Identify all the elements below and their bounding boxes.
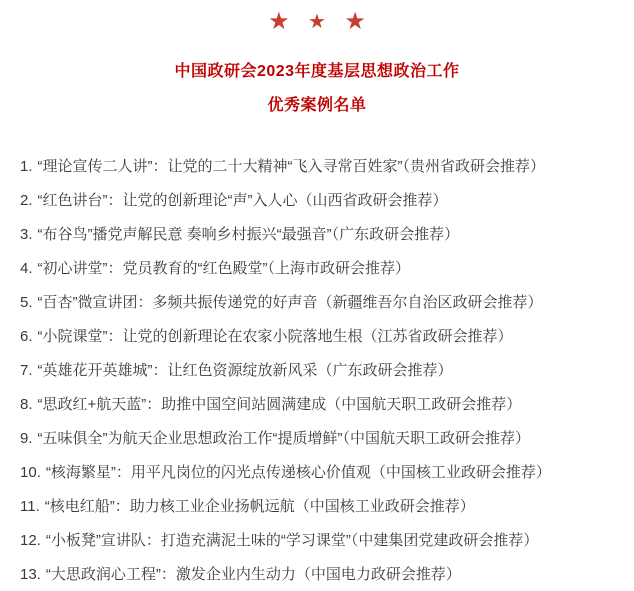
item-number: 13. xyxy=(20,565,41,584)
list-item: 5.“百杏”微宣讲团：多频共振传递党的好声音（新疆维吾尔自治区政研会推荐） xyxy=(20,293,624,312)
list-item: 9.“五味俱全”为航天企业思想政治工作“提质增鲜”（中国航天职工政研会推荐） xyxy=(20,429,624,448)
item-text: “布谷鸟”播党声解民意 奏响乡村振兴“最强音”（广东政研会推荐） xyxy=(38,226,460,243)
item-text: “核海繁星”：用平凡岗位的闪光点传递核心价值观（中国核工业政研会推荐） xyxy=(46,464,551,481)
item-number: 3. xyxy=(20,225,33,244)
item-number: 6. xyxy=(20,327,33,346)
item-text: “五味俱全”为航天企业思想政治工作“提质增鲜”（中国航天职工政研会推荐） xyxy=(38,430,530,447)
list-item: 8.“思政红+航天蓝”：助推中国空间站圆满建成（中国航天职工政研会推荐） xyxy=(20,395,624,414)
list-item: 10.“核海繁星”：用平凡岗位的闪光点传递核心价值观（中国核工业政研会推荐） xyxy=(20,463,624,482)
item-number: 2. xyxy=(20,191,33,210)
item-number: 8. xyxy=(20,395,33,414)
item-text: “初心讲堂”：党员教育的“红色殿堂”（上海市政研会推荐） xyxy=(38,260,410,277)
item-number: 11. xyxy=(20,497,40,516)
list-item: 2.“红色讲台”：让党的创新理论“声”入人心（山西省政研会推荐） xyxy=(20,191,624,210)
list-item: 13.“大思政润心工程”：激发企业内生动力（中国电力政研会推荐） xyxy=(20,565,624,584)
list-item: 11.“核电红船”：助力核工业企业扬帆远航（中国核工业政研会推荐） xyxy=(20,497,624,516)
case-list: 1.“理论宣传二人讲”：让党的二十大精神“飞入寻常百姓家”（贵州省政研会推荐） … xyxy=(0,157,634,584)
list-item: 6.“小院课堂”：让党的创新理论在农家小院落地生根（江苏省政研会推荐） xyxy=(20,327,624,346)
list-item: 1.“理论宣传二人讲”：让党的二十大精神“飞入寻常百姓家”（贵州省政研会推荐） xyxy=(20,157,624,176)
item-text: “大思政润心工程”：激发企业内生动力（中国电力政研会推荐） xyxy=(46,566,461,583)
item-text: “红色讲台”：让党的创新理论“声”入人心（山西省政研会推荐） xyxy=(38,192,448,209)
item-number: 1. xyxy=(20,157,33,176)
list-item: 4.“初心讲堂”：党员教育的“红色殿堂”（上海市政研会推荐） xyxy=(20,259,624,278)
page-title-line-2: 优秀案例名单 xyxy=(0,96,634,116)
item-number: 10. xyxy=(20,463,41,482)
item-text: “百杏”微宣讲团：多频共振传递党的好声音（新疆维吾尔自治区政研会推荐） xyxy=(38,294,543,311)
list-item: 7.“英雄花开英雄城”：让红色资源绽放新风采（广东政研会推荐） xyxy=(20,361,624,380)
star-icon: ★ xyxy=(308,9,326,35)
decorative-stars-row: ★ ★ ★ xyxy=(0,0,634,35)
list-item: 3.“布谷鸟”播党声解民意 奏响乡村振兴“最强音”（广东政研会推荐） xyxy=(20,225,624,244)
item-number: 9. xyxy=(20,429,33,448)
star-icon: ★ xyxy=(268,9,290,35)
item-text: “核电红船”：助力核工业企业扬帆远航（中国核工业政研会推荐） xyxy=(45,498,475,515)
item-text: “思政红+航天蓝”：助推中国空间站圆满建成（中国航天职工政研会推荐） xyxy=(38,396,522,413)
item-number: 12. xyxy=(20,531,41,550)
page-title-line-1: 中国政研会2023年度基层思想政治工作 xyxy=(0,62,634,82)
item-number: 4. xyxy=(20,259,33,278)
item-text: “理论宣传二人讲”：让党的二十大精神“飞入寻常百姓家”（贵州省政研会推荐） xyxy=(38,158,545,175)
item-text: “小板凳”宣讲队：打造充满泥土味的“学习课堂”（中建集团党建政研会推荐） xyxy=(46,532,538,549)
item-number: 5. xyxy=(20,293,33,312)
list-item: 12.“小板凳”宣讲队：打造充满泥土味的“学习课堂”（中建集团党建政研会推荐） xyxy=(20,531,624,550)
item-text: “英雄花开英雄城”：让红色资源绽放新风采（广东政研会推荐） xyxy=(38,362,453,379)
article-page: ★ ★ ★ 中国政研会2023年度基层思想政治工作 优秀案例名单 1.“理论宣传… xyxy=(0,0,634,591)
item-text: “小院课堂”：让党的创新理论在农家小院落地生根（江苏省政研会推荐） xyxy=(38,328,513,345)
star-icon: ★ xyxy=(344,9,366,35)
item-number: 7. xyxy=(20,361,33,380)
